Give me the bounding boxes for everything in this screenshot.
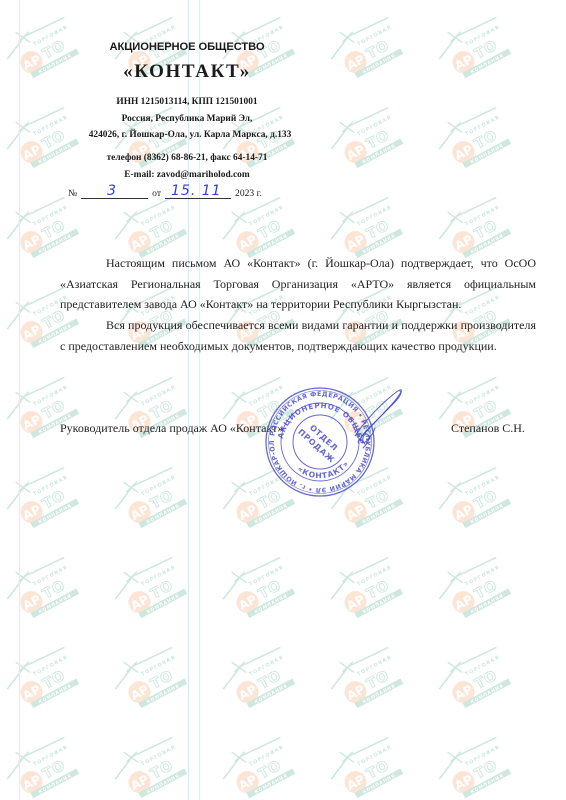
org-name: «КОНТАКТ» xyxy=(62,61,312,83)
svg-text:«КОНТАКТ»: «КОНТАКТ» xyxy=(296,459,351,480)
body-paragraph: Настоящим письмом АО «Контакт» (г. Йошка… xyxy=(60,253,536,315)
signatory-title: Руководитель отдела продаж АО «Контакт» xyxy=(60,421,283,436)
signatory-name: Степанов С.Н. xyxy=(451,421,525,436)
handwritten-signature xyxy=(345,374,415,454)
year: 2023 г. xyxy=(235,188,262,199)
stamp-inner-bottom: «КОНТАКТ» xyxy=(296,459,351,480)
date-field: 15. 11 xyxy=(165,187,231,199)
address: 424026, г. Йошкар-Ола, ул. Карла Маркса,… xyxy=(45,130,335,140)
region: Россия, Республика Марий Эл, xyxy=(62,114,312,124)
email: E-mail: zavod@mariholod.com xyxy=(62,170,312,180)
date-label: от xyxy=(152,188,161,199)
number-label: № xyxy=(68,188,77,199)
handwritten-date: 15. 11 xyxy=(171,184,222,198)
number-field: 3 xyxy=(81,187,148,199)
body-paragraph: Вся продукция обеспечивается всеми видам… xyxy=(60,315,536,356)
registration-line: №3от15. 112023 г. xyxy=(68,187,262,199)
handwritten-number: 3 xyxy=(107,184,116,198)
org-type: АКЦИОНЕРНОЕ ОБЩЕСТВО xyxy=(62,41,312,53)
inn-kpp: ИНН 1215013114, КПП 121501001 xyxy=(62,97,312,107)
phone-fax: телефон (8362) 68-86-21, факс 64-14-71 xyxy=(62,153,312,163)
